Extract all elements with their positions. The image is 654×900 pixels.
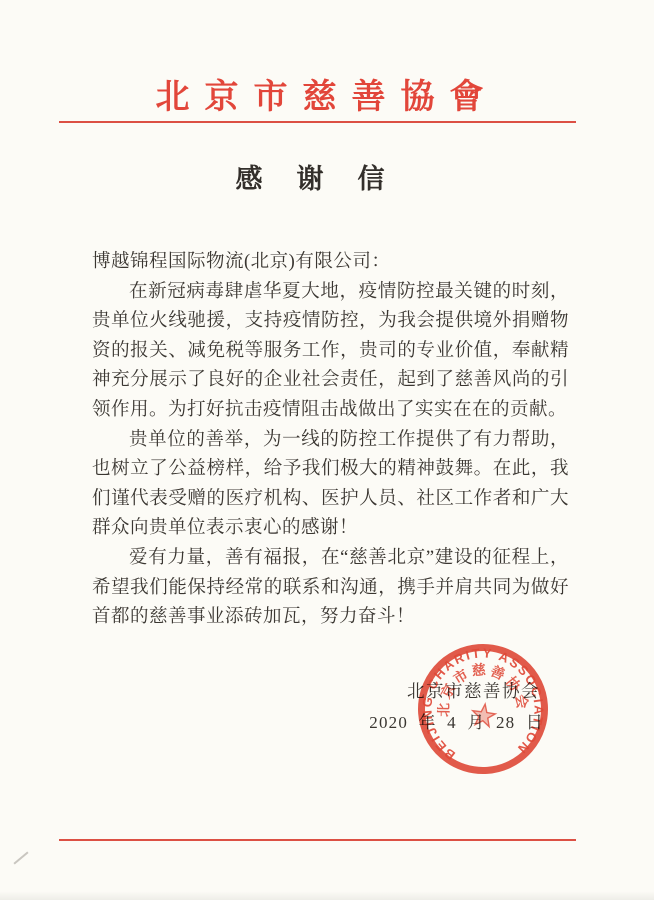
letter-paragraph: 爱有力量，善有福报，在“慈善北京”建设的征程上，希望我们能保持经常的联系和沟通，… (92, 544, 569, 633)
official-seal-stamp: BEIJING CHARITY ASSOCIATION 北京市慈善协会 (405, 631, 561, 787)
letter-paragraph: 贵单位的善举，为一线的防控工作提供了有力帮助，也树立了公益榜样，给予我们极大的精… (92, 426, 569, 544)
letterhead-rule-bottom (59, 839, 576, 841)
star-icon (471, 703, 497, 728)
salutation: 博越锦程国际物流(北京)有限公司： (92, 248, 569, 278)
letter-body: 博越锦程国际物流(北京)有限公司： 在新冠病毒肆虐华夏大地，疫情防控最关键的时刻… (92, 248, 569, 633)
scan-artifact (13, 851, 28, 864)
letterhead-org-name: 北京市慈善協會 (0, 69, 654, 118)
letter-paragraph: 在新冠病毒肆虐华夏大地，疫情防控最关键的时刻，贵单位火线驰援，支持疫情防控，为我… (92, 278, 569, 426)
scan-edge-shade (0, 891, 654, 900)
letterhead-rule-top (59, 121, 576, 123)
letter-title: 感谢信 (0, 157, 654, 196)
letter-page: 北京市慈善協會 感谢信 博越锦程国际物流(北京)有限公司： 在新冠病毒肆虐华夏大… (0, 0, 654, 900)
